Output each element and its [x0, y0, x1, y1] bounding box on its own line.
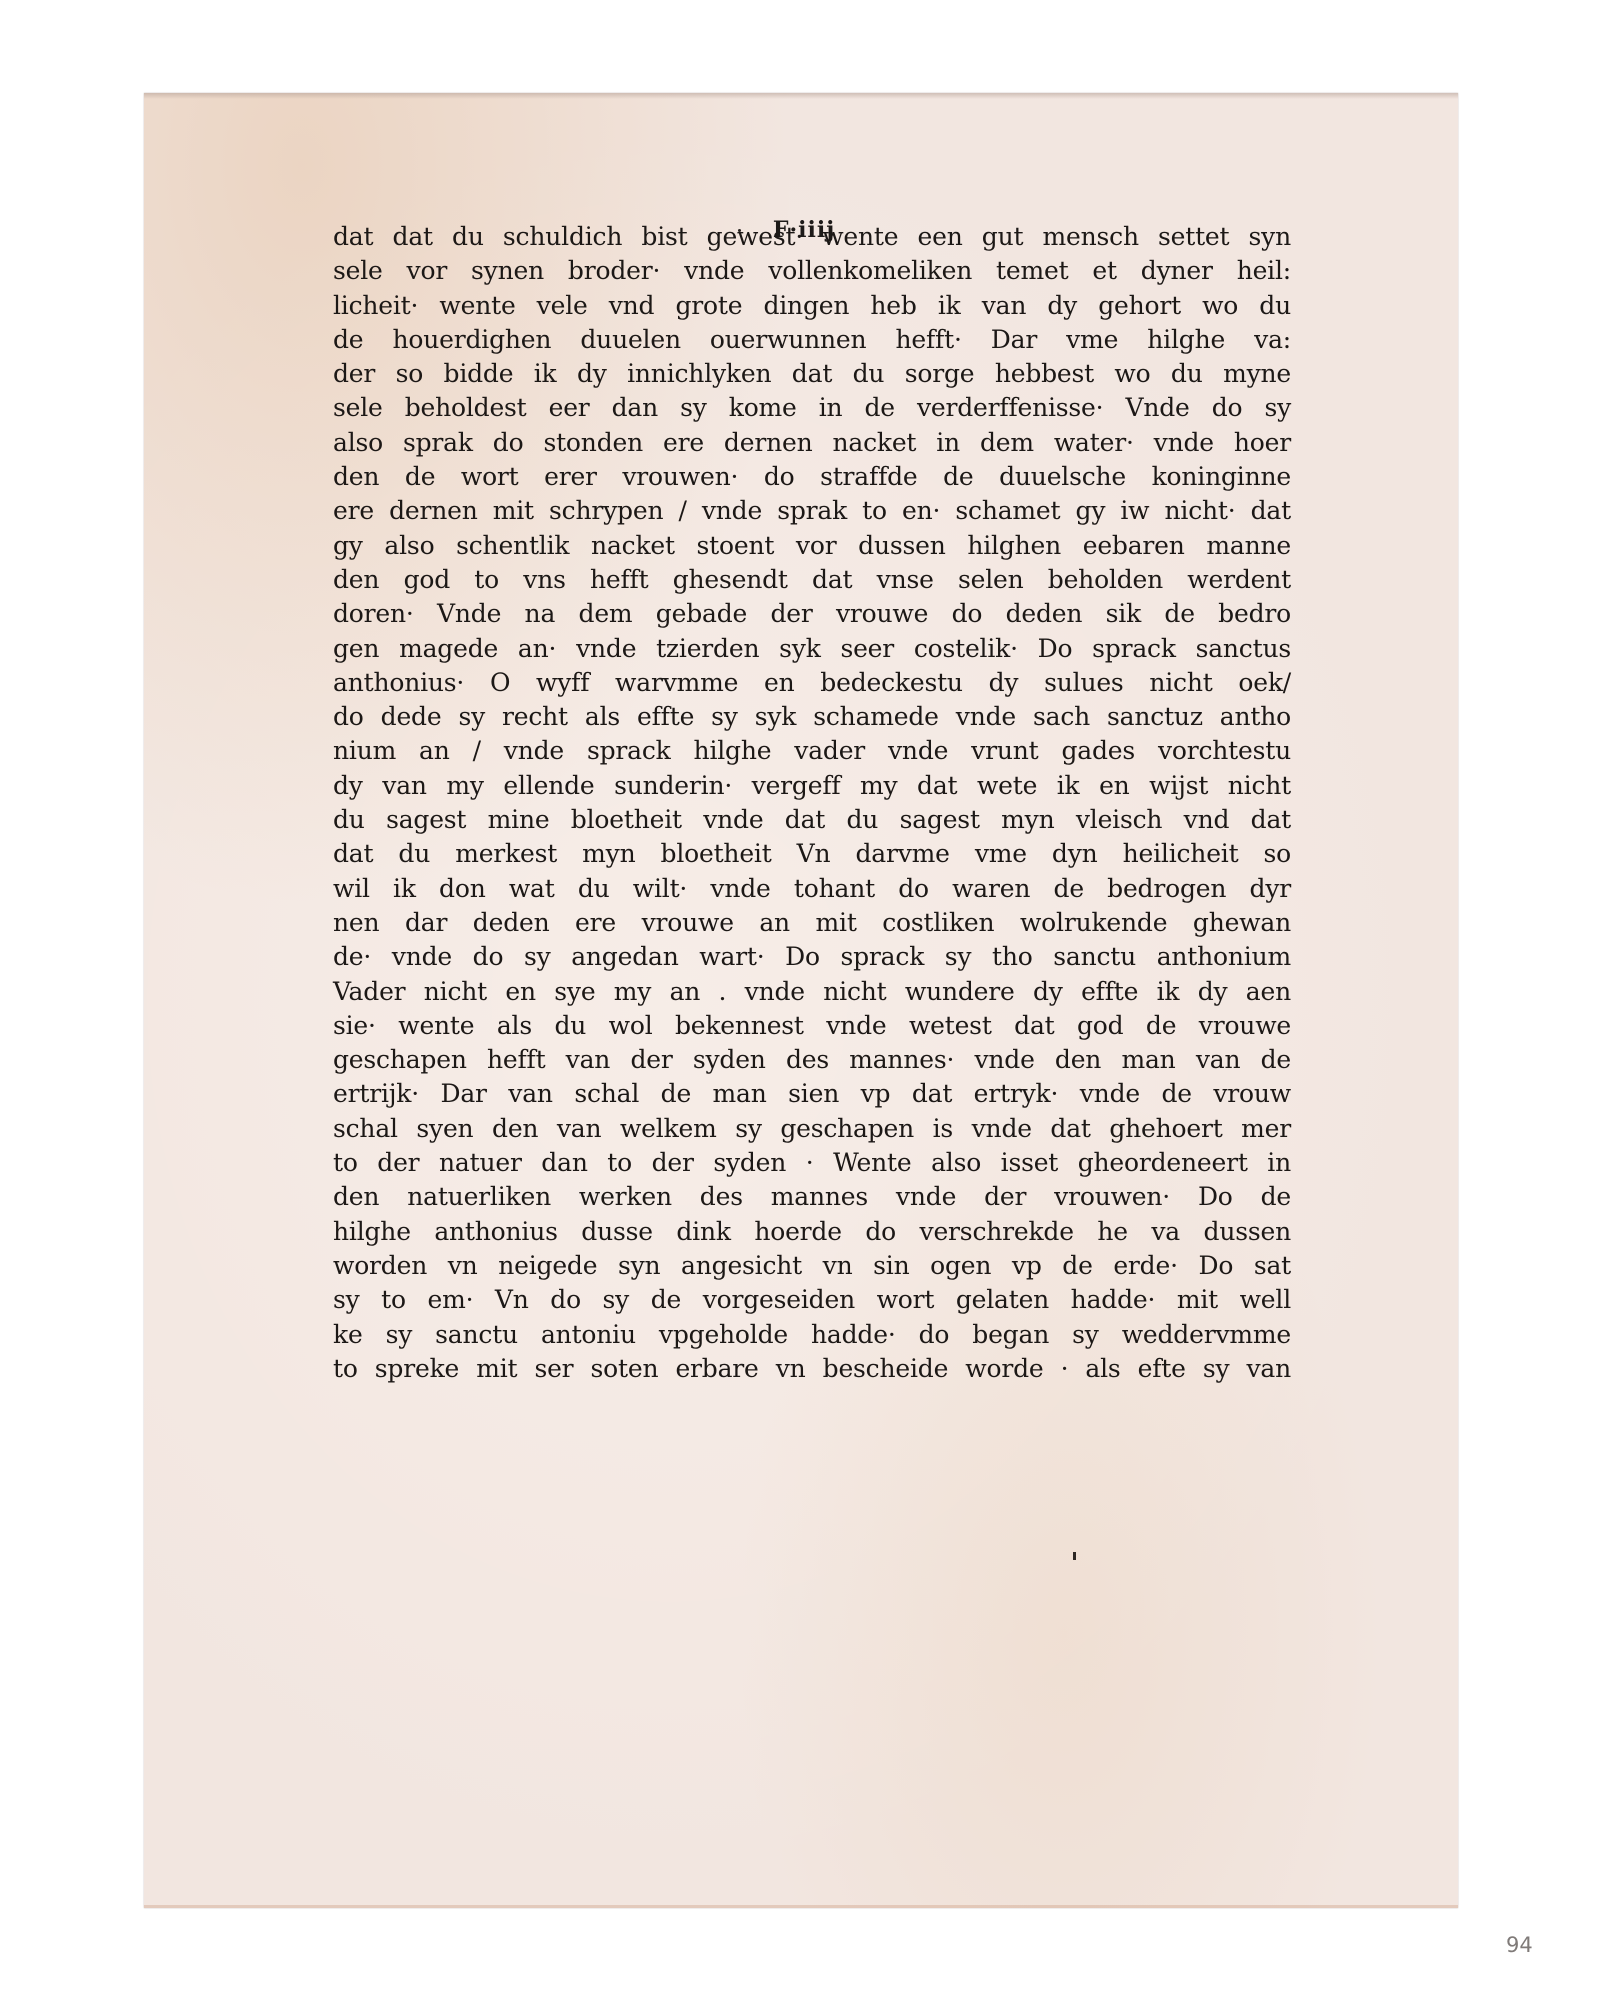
signature-mark [1073, 1552, 1076, 1560]
text-line: Vader nicht en sye my an . vnde nicht wu… [333, 975, 1291, 1009]
text-line: ertrijk· Dar van schal de man sien vp da… [333, 1077, 1291, 1111]
text-line: ke sy sanctu antoniu vpgeholde hadde· do… [333, 1318, 1291, 1352]
text-line: sy to em· Vn do sy de vorgeseiden wort g… [333, 1283, 1291, 1317]
text-line: dat dat du schuldich bist gewest· wente … [333, 220, 1291, 254]
manuscript-page: F·iiij dat dat du schuldich bist gewest·… [144, 93, 1458, 1908]
text-line: de houerdighen duuelen ouerwunnen hefft·… [333, 323, 1291, 357]
text-line: den de wort erer vrouwen· do straffde de… [333, 460, 1291, 494]
text-line: hilghe anthonius dusse dink hoerde do ve… [333, 1215, 1291, 1249]
text-line: doren· Vnde na dem gebade der vrouwe do … [333, 597, 1291, 631]
text-line: worden vn neigede syn angesicht vn sin o… [333, 1249, 1291, 1283]
text-line: to der natuer dan to der syden · Wente a… [333, 1146, 1291, 1180]
text-line: wil ik don wat du wilt· vnde tohant do w… [333, 872, 1291, 906]
text-line: der so bidde ik dy innichlyken dat du so… [333, 357, 1291, 391]
pencil-page-number: 94 [1506, 1933, 1533, 1957]
text-block: dat dat du schuldich bist gewest· wente … [333, 220, 1291, 1386]
text-line: sele vor synen broder· vnde vollenkomeli… [333, 254, 1291, 288]
text-line: geschapen hefft van der syden des mannes… [333, 1043, 1291, 1077]
text-line: dy van my ellende sunderin· vergeff my d… [333, 769, 1291, 803]
text-line: licheit· wente vele vnd grote dingen heb… [333, 289, 1291, 323]
text-line: sie· wente als du wol bekennest vnde wet… [333, 1009, 1291, 1043]
text-line: nen dar deden ere vrouwe an mit costlike… [333, 906, 1291, 940]
text-line: also sprak do stonden ere dernen nacket … [333, 426, 1291, 460]
text-line: gen magede an· vnde tzierden syk seer co… [333, 632, 1291, 666]
text-line: den god to vns hefft ghesendt dat vnse s… [333, 563, 1291, 597]
text-line: du sagest mine bloetheit vnde dat du sag… [333, 803, 1291, 837]
text-line: anthonius· O wyff warvmme en bedeckestu … [333, 666, 1291, 700]
text-line: do dede sy recht als effte sy syk schame… [333, 700, 1291, 734]
text-line: to spreke mit ser soten erbare vn besche… [333, 1352, 1291, 1386]
text-line: ere dernen mit schrypen / vnde sprak to … [333, 494, 1291, 528]
text-line: de· vnde do sy angedan wart· Do sprack s… [333, 940, 1291, 974]
text-line: sele beholdest eer dan sy kome in de ver… [333, 391, 1291, 425]
text-line: gy also schentlik nacket stoent vor duss… [333, 529, 1291, 563]
text-line: den natuerliken werken des mannes vnde d… [333, 1180, 1291, 1214]
text-line: schal syen den van welkem sy geschapen i… [333, 1112, 1291, 1146]
text-line: dat du merkest myn bloetheit Vn darvme v… [333, 837, 1291, 871]
text-line: nium an / vnde sprack hilghe vader vnde … [333, 734, 1291, 768]
